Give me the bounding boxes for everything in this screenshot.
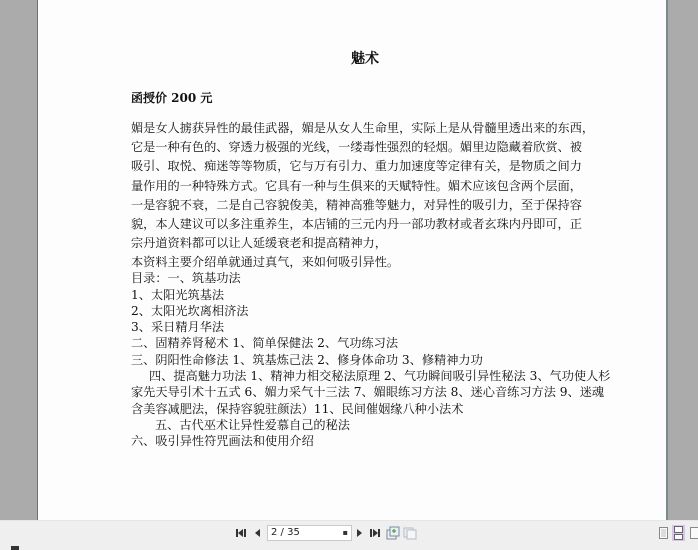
fit-page-button[interactable]: [403, 526, 417, 540]
first-page-button[interactable]: [235, 527, 247, 539]
toc-line: 1、太阳光筑基法: [131, 287, 618, 303]
toc-line: 家先天导引术十五式 6、媚力采气十三法 7、媚眼练习方法 8、迷心音练习方法 9…: [131, 384, 618, 400]
single-page-view-icon: [657, 525, 670, 541]
paragraph-line: 貌，本人建议可以多注重养生，本店铺的三元内丹一部功教材或者玄珠内丹即可，正: [131, 215, 618, 234]
first-page-icon: [235, 527, 247, 539]
intro-paragraph: 媚是女人掳获异性的最佳武器，媚是从女人生命里，实际上是从骨髓里透出来的东西， 它…: [131, 119, 618, 253]
toc-line: 六、吸引异性符咒画法和使用介绍: [131, 433, 618, 449]
navigation-toolbar: 2 / 35 ▪: [0, 520, 698, 550]
paragraph-line: 宗丹道资料都可以让人延缓衰老和提高精神力，: [131, 234, 618, 253]
document-title: 魅术: [351, 48, 379, 68]
rotate-icon: [386, 526, 400, 540]
toc-line: 二、固精养肾秘术 1、简单保健法 2、气功练习法: [131, 335, 618, 351]
paragraph-line: 吸引、取悦、痴迷等等物质，它与万有引力、重力加速度等定律有关，是物质之间力: [131, 157, 618, 176]
rotate-button[interactable]: [386, 526, 400, 540]
toc-line: 本资料主要介绍单就通过真气，来如何吸引异性。: [131, 254, 618, 270]
status-corner-icon: [11, 546, 19, 550]
single-page-view-button[interactable]: [657, 525, 670, 541]
paragraph-line: 量作用的一种特殊方式。它具有一种与生俱来的天赋特性。媚术应该包含两个层面，: [131, 177, 618, 196]
facing-view-button[interactable]: [688, 525, 698, 541]
continuous-view-button[interactable]: [672, 525, 685, 541]
next-page-icon: [353, 527, 365, 539]
continuous-view-icon: [672, 525, 685, 541]
paragraph-line: 它是一种有色的、穿透力极强的光线，一缕毒性强烈的轻烟。媚里边隐藏着欣赏、被: [131, 138, 618, 157]
facing-view-icon: [688, 525, 698, 541]
prev-page-button[interactable]: [252, 527, 264, 539]
toc-line: 2、太阳光坎离相济法: [131, 303, 618, 319]
toc-line: 四、提高魅力功法 1、精神力相交秘法原理 2、气功瞬间吸引异性秘法 3、气功使人…: [131, 368, 618, 384]
paragraph-line: 一是容貌不衰，二是自己容貌俊美，精神高雅等魅力，对异性的吸引力，至于保持容: [131, 196, 618, 215]
next-page-button[interactable]: [353, 527, 365, 539]
page-indicator: 2 / 35: [271, 527, 300, 538]
last-page-button[interactable]: [369, 527, 381, 539]
document-page: 魅术 函授价 200 元 媚是女人掳获异性的最佳武器，媚是从女人生命里，实际上是…: [37, 0, 668, 520]
page-number-select[interactable]: 2 / 35 ▪: [267, 525, 352, 541]
toc-line: 含美容减肥法，保持容貌驻颜法）11、民间催姻缘八种小法术: [131, 401, 618, 417]
paragraph-line: 媚是女人掳获异性的最佳武器，媚是从女人生命里，实际上是从骨髓里透出来的东西，: [131, 119, 618, 138]
toc-line: 3、采日精月华法: [131, 319, 618, 335]
prev-page-icon: [252, 527, 264, 539]
price-line: 函授价 200 元: [131, 89, 212, 106]
last-page-icon: [369, 527, 381, 539]
table-of-contents: 本资料主要介绍单就通过真气，来如何吸引异性。 目录：一、筑基功法 1、太阳光筑基…: [131, 254, 618, 450]
toc-line: 目录：一、筑基功法: [131, 270, 618, 286]
toc-line: 三、阴阳性命修法 1、筑基炼己法 2、修身体命功 3、修精神力功: [131, 352, 618, 368]
toc-line: 五、古代巫术让异性爱慕自己的秘法: [131, 417, 618, 433]
fit-page-icon: [403, 526, 417, 540]
dropdown-caret-icon: ▪: [343, 526, 348, 540]
document-viewport[interactable]: 魅术 函授价 200 元 媚是女人掳获异性的最佳武器，媚是从女人生命里，实际上是…: [0, 0, 698, 520]
